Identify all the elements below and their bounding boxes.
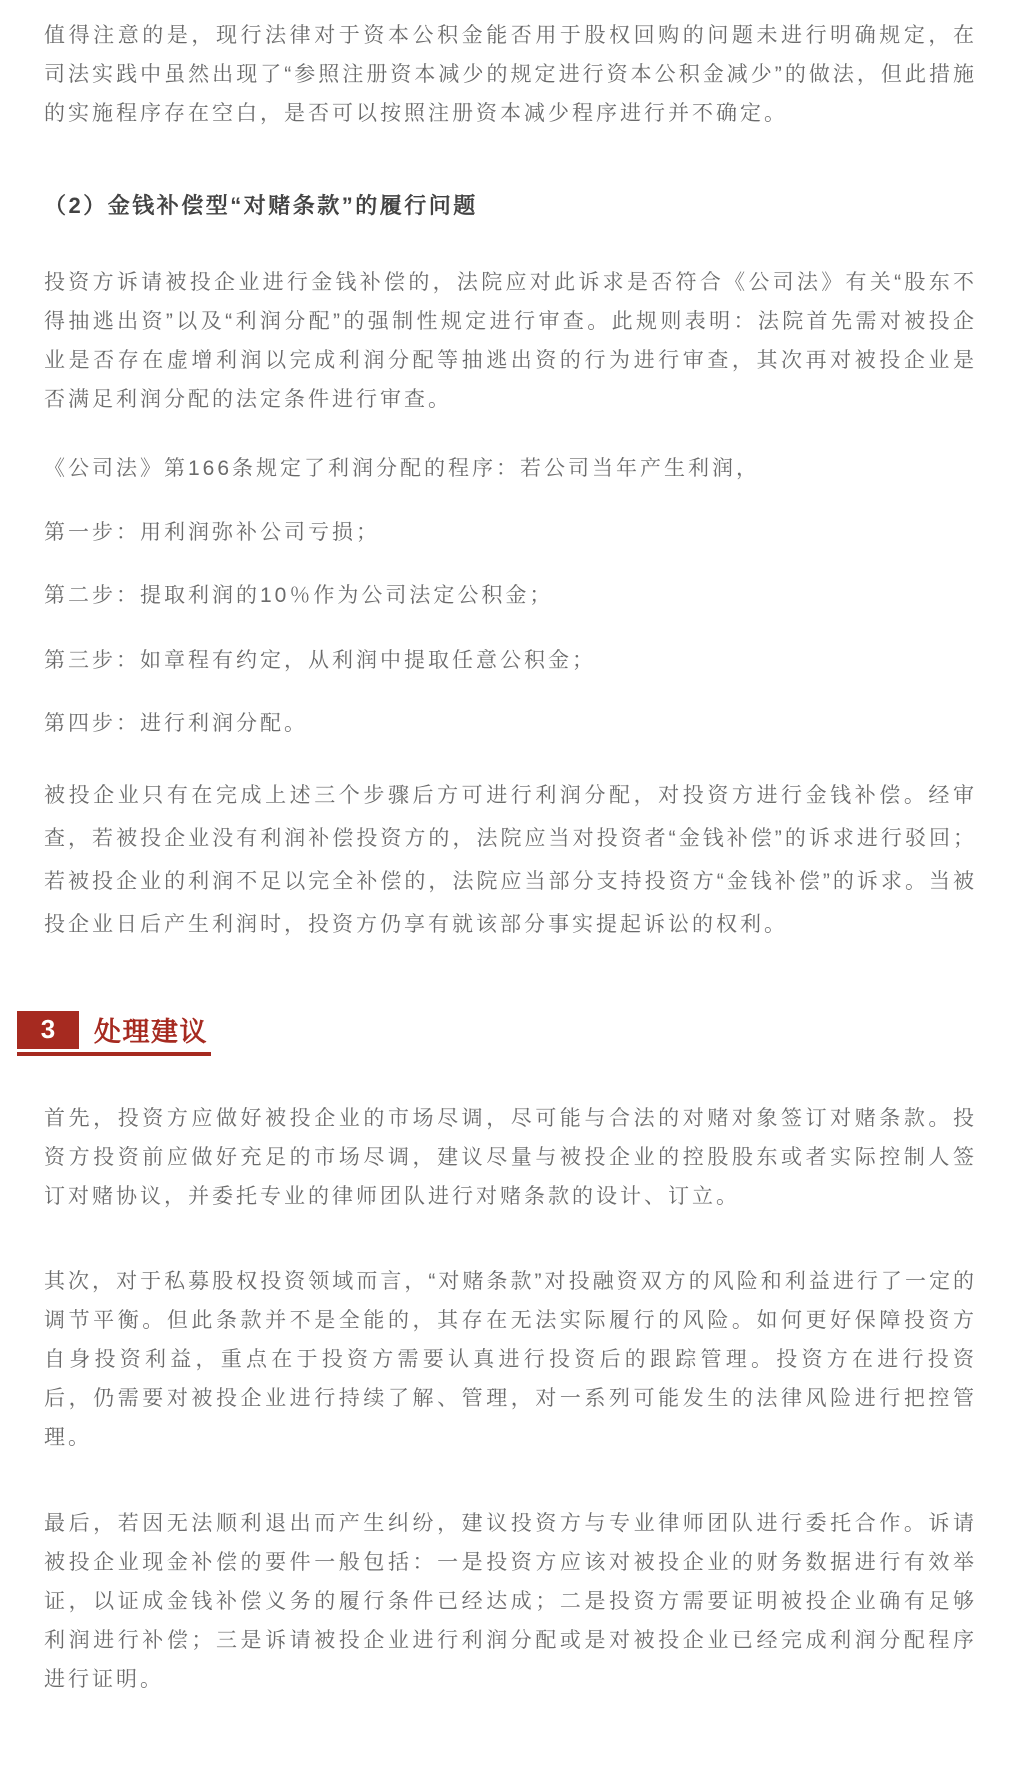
article-body: 值得注意的是，现行法律对于资本公积金能否用于股权回购的问题未进行明确规定，在司法… xyxy=(0,0,1021,1699)
step-item-2: 第二步：提取利润的10％作为公司法定公积金； xyxy=(44,576,977,615)
step-item-1: 第一步：用利润弥补公司亏损； xyxy=(44,513,977,552)
step-item-4: 第四步：进行利润分配。 xyxy=(44,704,977,743)
section-header: 3 处理建议 xyxy=(17,1010,977,1056)
paragraph-intro: 值得注意的是，现行法律对于资本公积金能否用于股权回购的问题未进行明确规定，在司法… xyxy=(44,16,977,133)
section-title-underline xyxy=(17,1052,211,1056)
paragraph-advice-last: 最后，若因无法顺利退出而产生纠纷，建议投资方与专业律师团队进行委托合作。诉请被投… xyxy=(44,1504,977,1699)
paragraph-advice-first: 首先，投资方应做好被投企业的市场尽调，尽可能与合法的对赌对象签订对赌条款。投资方… xyxy=(44,1099,977,1216)
paragraph-distribution-conclusion: 被投企业只有在完成上述三个步骤后方可进行利润分配，对投资方进行金钱补偿。经审查，… xyxy=(44,774,977,946)
paragraph-company-law: 《公司法》第166条规定了利润分配的程序：若公司当年产生利润， xyxy=(44,449,977,488)
section-number-badge: 3 xyxy=(17,1011,79,1049)
subsection-heading: （2）金钱补偿型“对赌条款”的履行问题 xyxy=(44,191,977,221)
article-page: 值得注意的是，现行法律对于资本公积金能否用于股权回购的问题未进行明确规定，在司法… xyxy=(0,0,1021,1784)
section-header-row: 3 处理建议 xyxy=(17,1010,977,1049)
paragraph-court-review: 投资方诉请被投企业进行金钱补偿的，法院应对此诉求是否符合《公司法》有关“股东不得… xyxy=(44,263,977,419)
step-item-3: 第三步：如章程有约定，从利润中提取任意公积金； xyxy=(44,641,977,680)
paragraph-advice-second: 其次，对于私募股权投资领域而言，“对赌条款”对投融资双方的风险和利益进行了一定的… xyxy=(44,1262,977,1457)
section-title: 处理建议 xyxy=(94,1010,208,1049)
